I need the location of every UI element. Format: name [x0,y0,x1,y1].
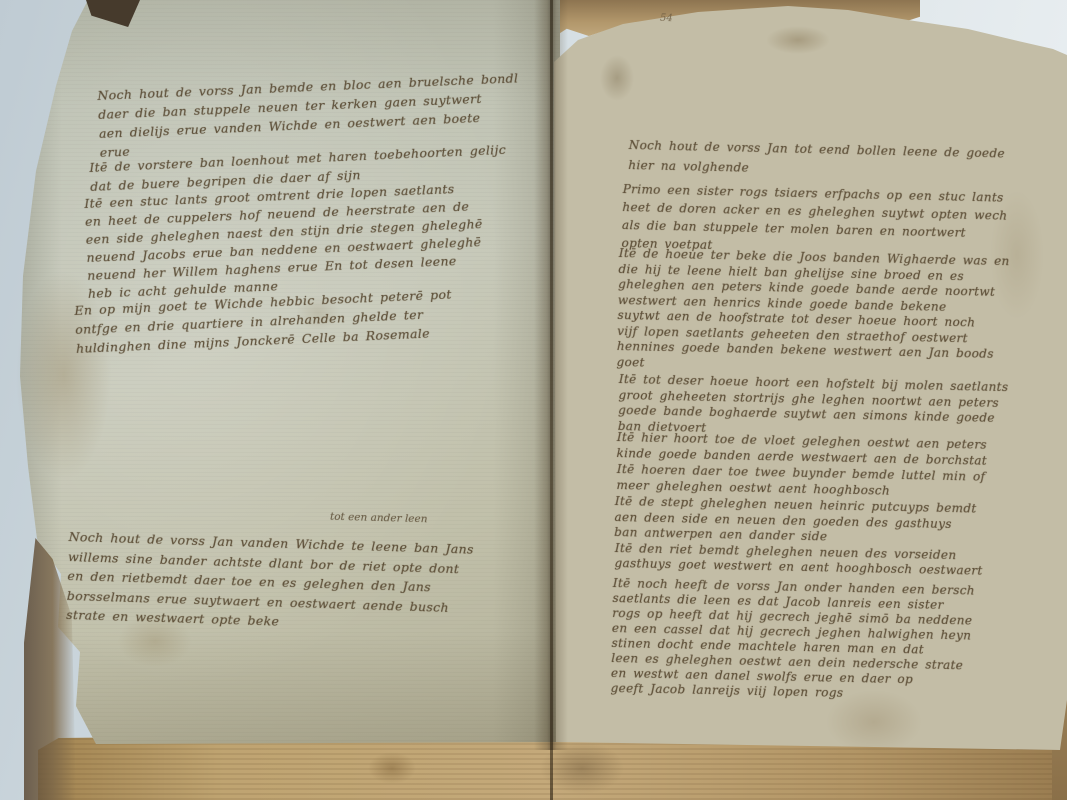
manuscript-text-block: Itē de hoeue ter beke die Joos banden Wi… [616,246,1009,378]
manuscript-text-block: Noch hout de vorss Jan vanden Wichde te … [66,527,474,637]
manuscript-photo: 54 Noch hout de vorss Jan bemde en bloc … [0,0,1067,800]
page-number: 54 [660,13,673,24]
manuscript-text-block: Itē de stept gheleghen neuen heinric put… [614,494,977,548]
manuscript-text-block: Itē een stuc lants groot omtrent drie lo… [84,179,485,303]
interlinear-note: tot een ander leen [330,511,428,526]
manuscript-text-block: Itē noch heeft de vorss Jan onder handen… [610,576,975,704]
